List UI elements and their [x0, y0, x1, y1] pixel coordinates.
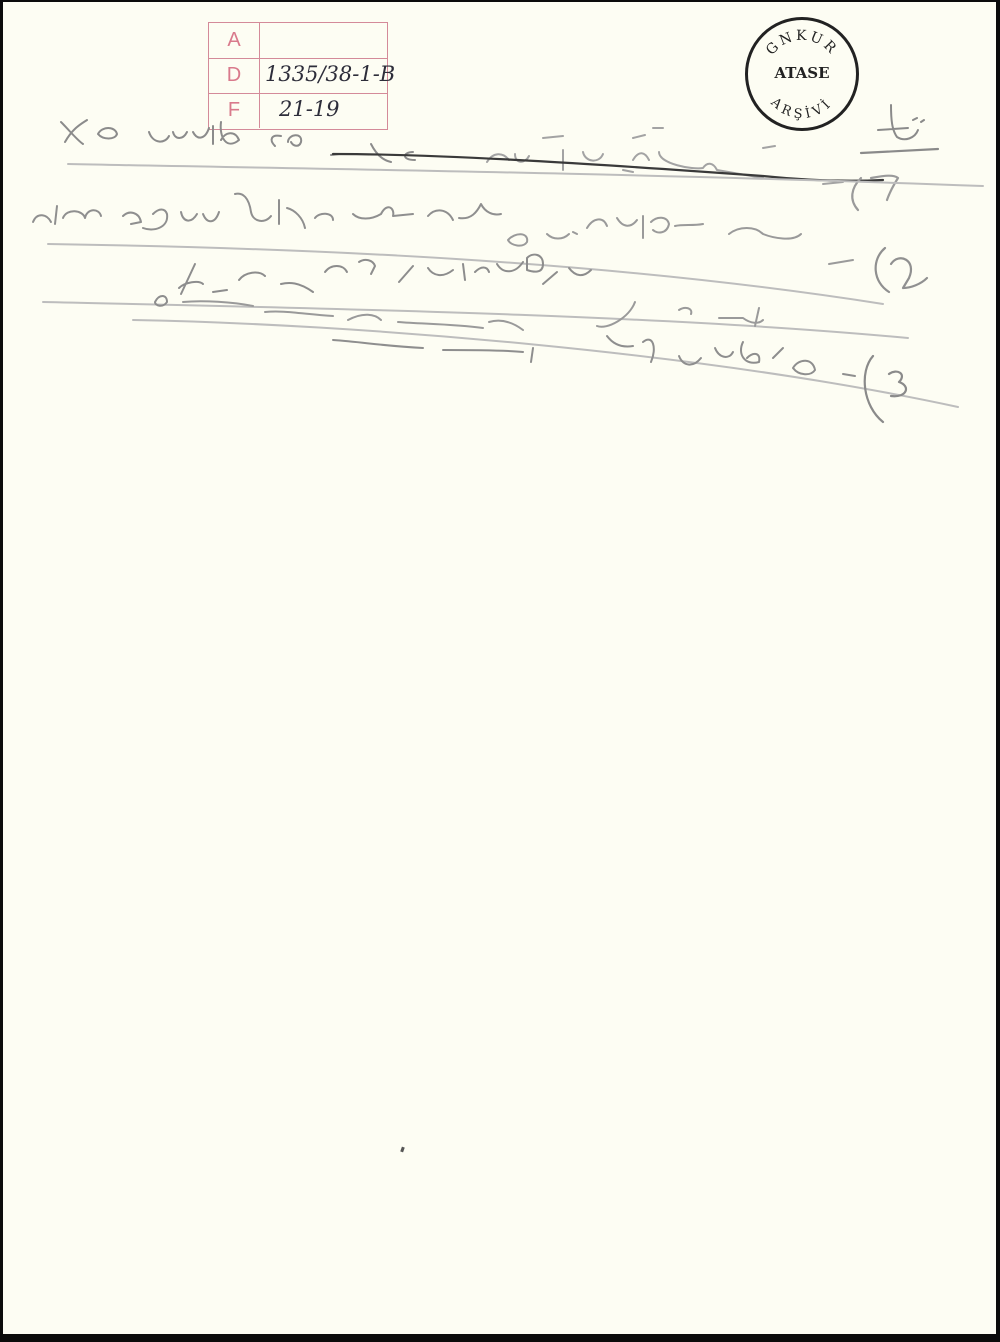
item-2-line-b	[508, 216, 853, 264]
item-2-line-a	[33, 194, 501, 230]
item-2-number	[876, 248, 927, 292]
date-line	[61, 120, 415, 162]
document-page: A D 1335/38-1-B F 21-19 GNKUR ARŞİVİ ATA…	[3, 2, 996, 1334]
item-2-line-c	[155, 255, 591, 306]
header-mark	[861, 105, 938, 153]
item-3-text	[333, 336, 855, 376]
strike-through-line	[333, 154, 883, 181]
handwriting-strokes	[3, 2, 996, 1334]
